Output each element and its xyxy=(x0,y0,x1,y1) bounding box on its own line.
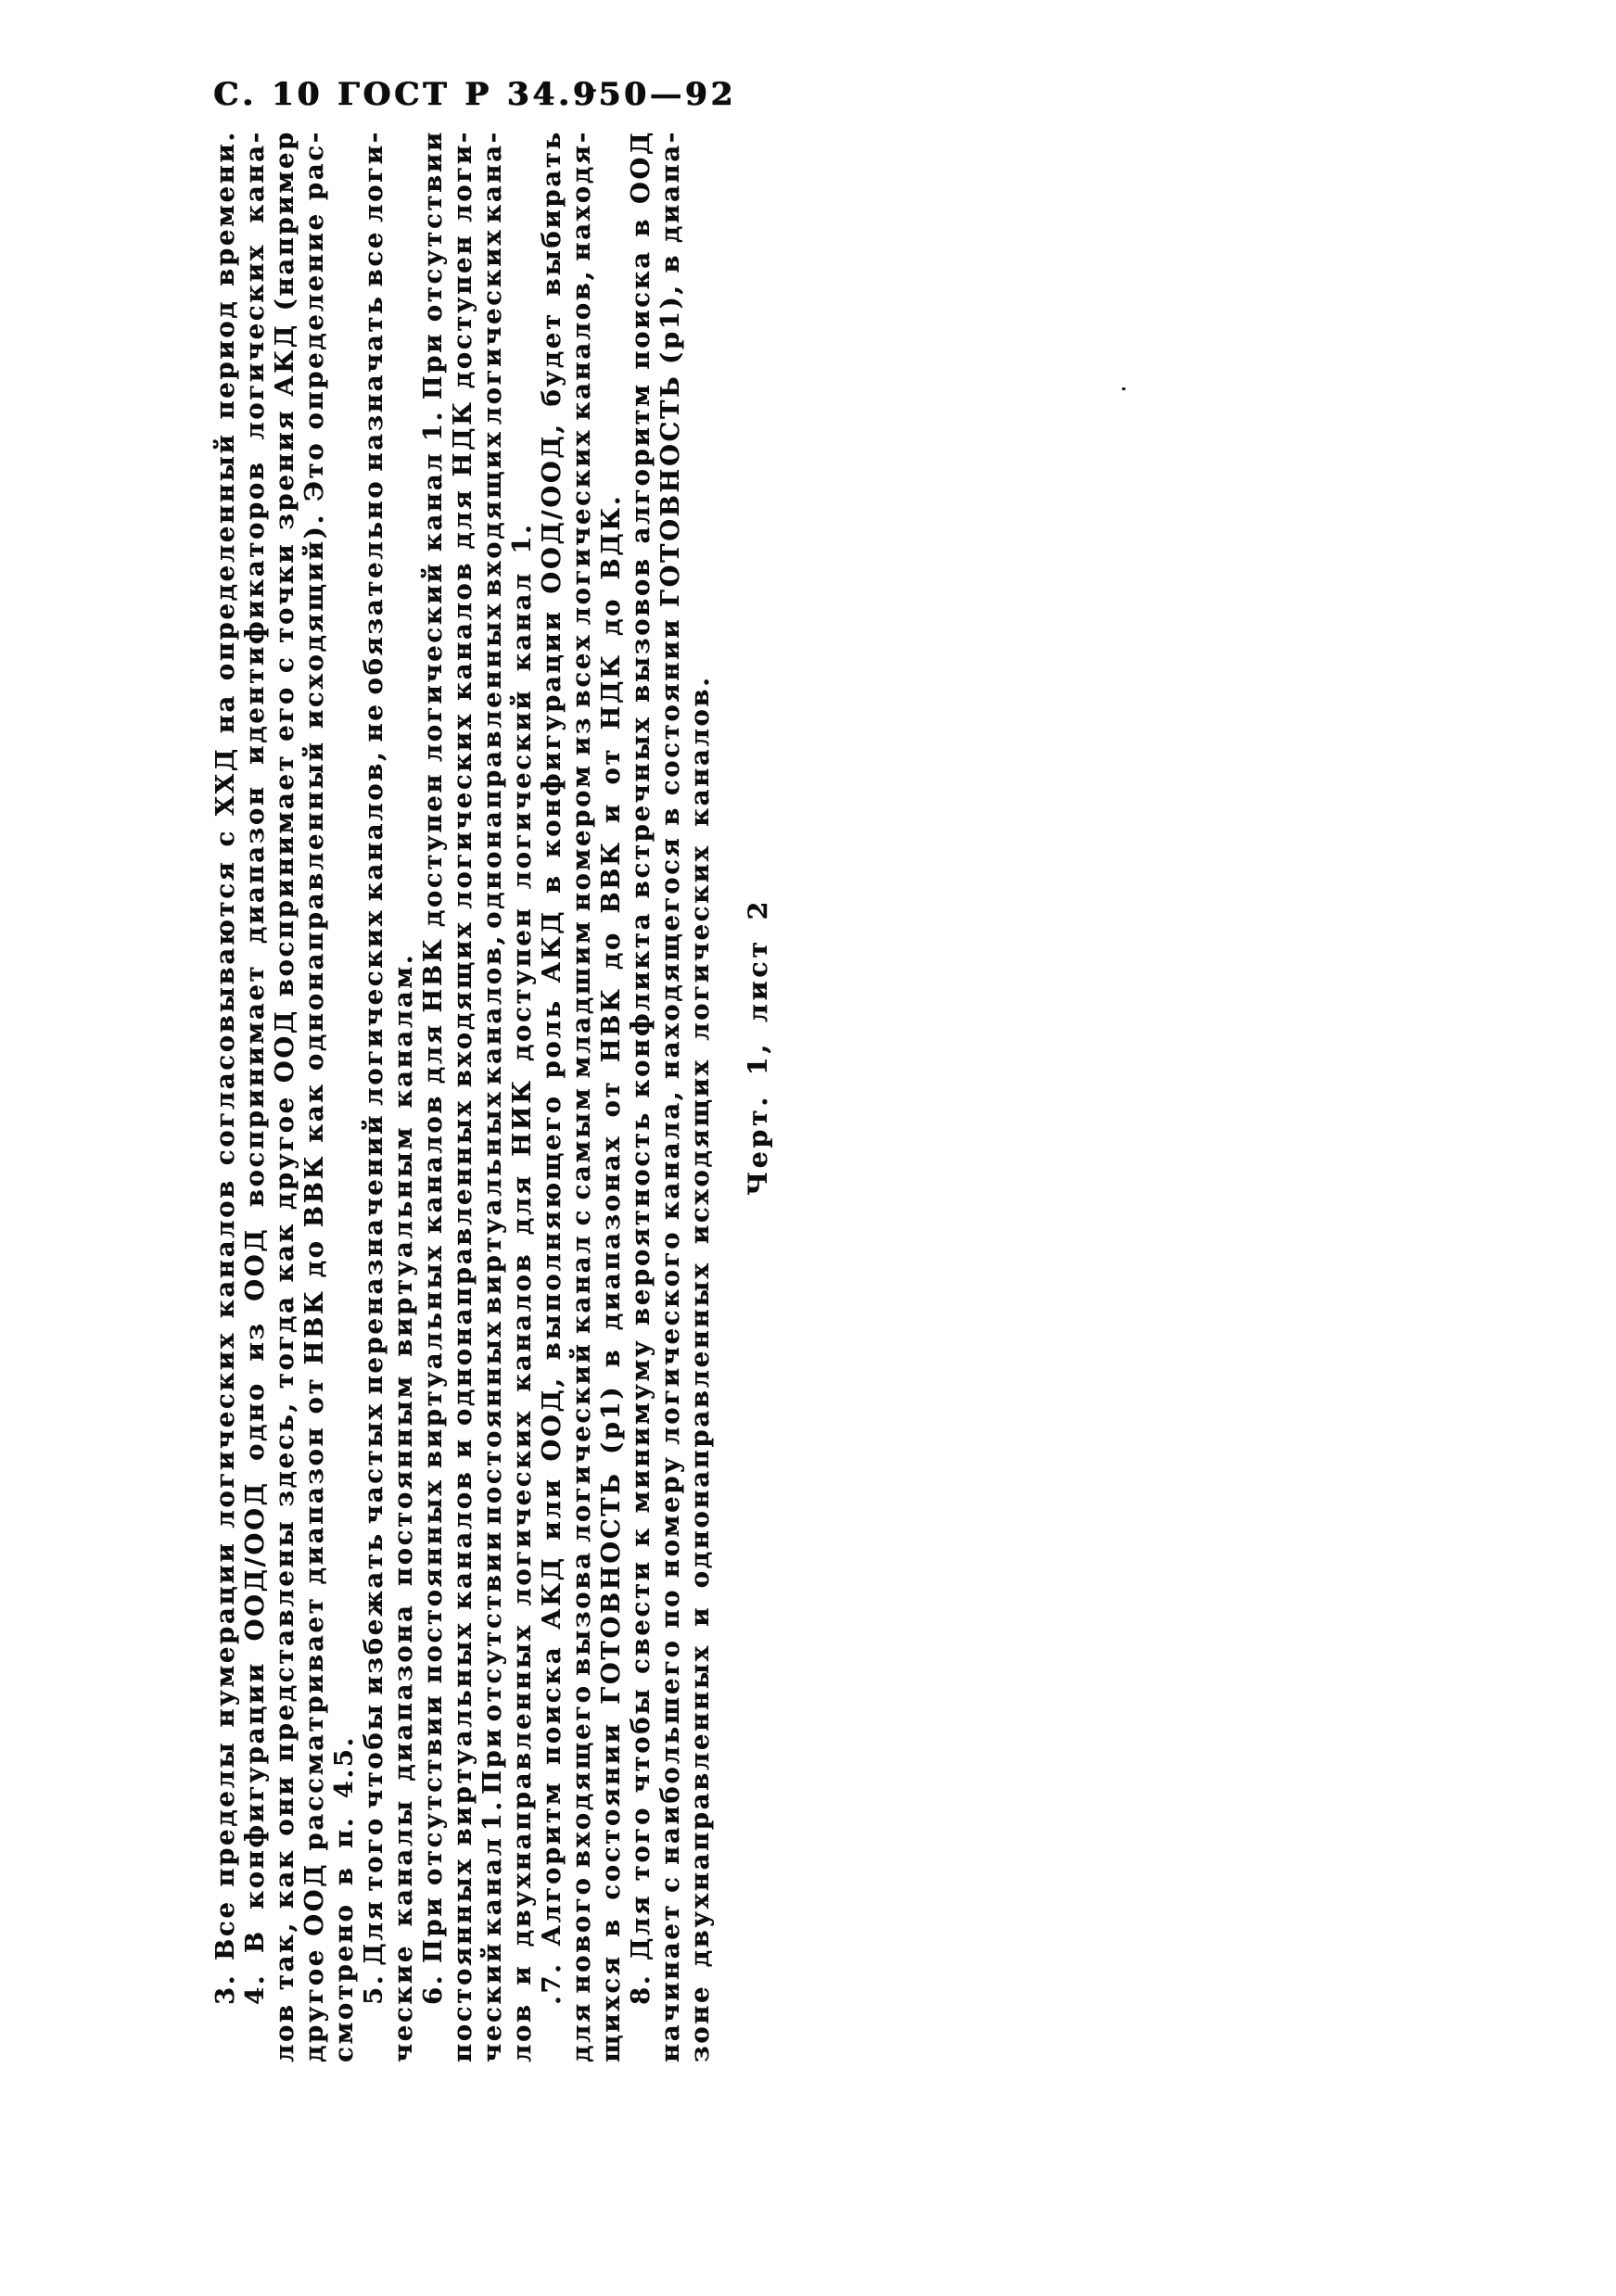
word: каналов xyxy=(419,1094,449,1234)
word: к xyxy=(627,1526,656,1547)
word: алгоритм xyxy=(627,382,656,543)
word: ООД xyxy=(300,1862,330,1936)
word: от xyxy=(300,1376,330,1414)
scan-speck xyxy=(1122,387,1126,390)
word: лов xyxy=(271,2002,300,2062)
word: поиска xyxy=(627,249,656,369)
word: 1. xyxy=(478,1799,508,1831)
word: выбирать xyxy=(538,130,567,296)
word: самым xyxy=(567,1086,597,1200)
word: рас- xyxy=(300,130,330,200)
word: виртуальных xyxy=(478,1090,508,1314)
word: канал xyxy=(478,1836,508,1936)
word: согласовываются xyxy=(211,859,241,1165)
word: 4. xyxy=(241,1973,271,2005)
word: из xyxy=(567,716,597,755)
text-line: дляновоговходящеговызовалогическийканалс… xyxy=(567,130,597,2062)
word: отсутствии xyxy=(419,130,449,322)
word: ООД, xyxy=(538,1376,567,1461)
word: они xyxy=(271,1774,300,1836)
rotated-text-block: 3.Всепределынумерациилогическихканаловсо… xyxy=(211,130,823,2062)
text-line: начинаетснаибольшегопономерулогическогок… xyxy=(656,130,686,2062)
text-line: другоеООДрассматриваетдиапазонотНВКдоВВК… xyxy=(300,130,330,2062)
word: как xyxy=(271,1848,300,1909)
word: АКД xyxy=(271,323,300,397)
word: кана- xyxy=(241,130,271,222)
word: того xyxy=(627,1806,656,1881)
word: доступен xyxy=(449,234,478,388)
word: начинает xyxy=(656,1903,686,2062)
word: в xyxy=(538,873,567,894)
word: канала, xyxy=(656,1089,686,1220)
word: вызовов xyxy=(627,556,656,703)
word: кана- xyxy=(478,130,508,222)
word: вероятность xyxy=(627,1110,656,1326)
word: будет xyxy=(538,311,567,406)
figure-caption: Черт. 1, лист 2 xyxy=(744,130,773,1196)
word: поиска xyxy=(538,1645,567,1765)
word: логических xyxy=(211,1331,241,1529)
word: в xyxy=(656,253,686,273)
word: Для xyxy=(627,1894,656,1960)
word: до xyxy=(300,1238,330,1277)
word: младшим xyxy=(567,920,597,1078)
word: каналов xyxy=(211,1178,241,1318)
word: ХХД xyxy=(211,746,241,816)
word: АКД xyxy=(538,1555,567,1630)
word: нумерации xyxy=(211,1541,241,1728)
word: вызова xyxy=(567,1551,597,1676)
word: другое xyxy=(300,1947,330,2062)
word: или xyxy=(538,1477,567,1540)
word: канал xyxy=(567,1234,597,1334)
word: нового xyxy=(567,1875,597,1993)
word: как xyxy=(300,1082,330,1143)
word: виртуальных xyxy=(449,1621,478,1846)
word: с xyxy=(271,655,300,673)
word: При xyxy=(419,332,449,400)
word: однонаправленных xyxy=(449,1098,478,1426)
word: диапа- xyxy=(656,130,686,243)
word: и xyxy=(449,1437,478,1458)
page-header: С. 10 ГОСТ Р 34.950—92 xyxy=(213,76,736,113)
word: входящих xyxy=(478,430,508,597)
word: все xyxy=(360,230,389,286)
word: зрения xyxy=(271,409,300,530)
word: с xyxy=(656,1875,686,1893)
word: канал xyxy=(419,451,449,552)
word: другое xyxy=(271,1095,300,1210)
word: частых xyxy=(360,1402,389,1525)
word: Все xyxy=(211,1899,241,1960)
word: АКД xyxy=(538,909,567,983)
word: назначать xyxy=(360,295,389,472)
text-line: 4.ВконфигурацииООД/ООДодноизООДвосприним… xyxy=(241,130,271,2062)
word: Алгоритм xyxy=(538,1781,567,1947)
word: находящегося xyxy=(656,836,686,1080)
word: В xyxy=(241,1929,271,1953)
word: номеру xyxy=(656,1455,686,1579)
text-line: 3.Всепределынумерациилогическихканаловсо… xyxy=(211,130,241,2062)
word: логических xyxy=(478,228,508,425)
text-line: зоне двухнаправленных и однонаправленных… xyxy=(686,130,716,2062)
word: времени. xyxy=(211,130,241,286)
word: При xyxy=(419,1896,449,1963)
word: каналов xyxy=(449,1470,478,1610)
word: избежать xyxy=(360,1531,389,1694)
word: постоянных xyxy=(449,1857,478,2062)
text-line: щихся в состоянии ГОТОВНОСТЬ (р1) в диап… xyxy=(597,130,627,2062)
word: НВК xyxy=(300,1289,330,1365)
word: ООД/ООД xyxy=(241,1481,271,1642)
word: всех xyxy=(567,633,597,707)
word: как xyxy=(271,1222,300,1283)
word: .7. xyxy=(538,1961,567,2005)
word: роль xyxy=(538,998,567,1078)
word: логический xyxy=(567,1342,597,1543)
word: ГОТОВНОСТЬ xyxy=(656,374,686,607)
word: ООД/ООД, xyxy=(538,422,567,593)
word: наибольшего xyxy=(656,1638,686,1864)
word: 5. xyxy=(360,1973,389,2005)
word: конфигурации xyxy=(538,610,567,858)
word: здесь, xyxy=(271,1401,300,1507)
word: ООД xyxy=(271,1008,300,1083)
word: 3. xyxy=(211,1973,241,2005)
word: конфликта xyxy=(627,911,656,1097)
word: ческий xyxy=(478,1941,508,2062)
text-line: 6.Приотсутствиипостоянныхвиртуальныхкана… xyxy=(419,130,449,2062)
word: обязательно xyxy=(360,479,389,695)
word: так, xyxy=(271,1921,300,1990)
word: однонаправленных xyxy=(478,602,508,929)
word: НДК xyxy=(449,400,478,476)
word: 1. xyxy=(419,410,449,441)
word: не xyxy=(360,703,389,742)
word: его xyxy=(271,685,300,742)
word: Это xyxy=(300,441,330,501)
word: переназначений xyxy=(360,1113,389,1395)
word: чтобы xyxy=(627,1687,656,1794)
word: отсутствии xyxy=(419,1693,449,1885)
word: с xyxy=(567,1208,597,1225)
word: логи- xyxy=(360,130,389,222)
word: 6. xyxy=(419,1973,449,2005)
word: логический xyxy=(419,562,449,763)
word: пределы xyxy=(211,1741,241,1887)
word: отсутствии xyxy=(478,1529,508,1721)
word: входящих xyxy=(449,920,478,1087)
word: воспринимает xyxy=(241,964,271,1208)
word: выполняющего xyxy=(538,1094,567,1360)
word: тогда xyxy=(271,1294,300,1389)
word: (р1), xyxy=(656,283,686,364)
word: виртуальных xyxy=(419,1244,449,1468)
word: для xyxy=(567,2001,597,2062)
word: в xyxy=(627,217,656,237)
word: каналов xyxy=(449,561,478,701)
word: постоянных xyxy=(478,1319,508,1525)
word: конфигурации xyxy=(241,1661,271,1909)
word: состоянии xyxy=(656,617,686,795)
word: одно xyxy=(241,1381,271,1461)
word: ООД xyxy=(627,130,656,204)
word: логического xyxy=(656,1230,686,1445)
word: логи- xyxy=(449,130,478,222)
text-line: ловтак,каконипредставленыздесь,тогдакакд… xyxy=(271,130,300,2062)
word: Для xyxy=(360,1899,389,1966)
word: входящего xyxy=(567,1683,597,1868)
word: определенный xyxy=(211,432,241,680)
word: точки xyxy=(271,542,300,643)
word: каналов, xyxy=(360,750,389,901)
word: ООД xyxy=(241,1227,271,1301)
word: исходящий). xyxy=(300,513,330,729)
word: логических xyxy=(360,908,389,1106)
word: чтобы xyxy=(360,1703,389,1809)
word: номером xyxy=(567,764,597,912)
scan-speck xyxy=(593,89,596,92)
word: идентификаторов xyxy=(241,460,271,764)
word: диапазон xyxy=(300,1426,330,1585)
word: минимуму xyxy=(627,1338,656,1514)
word: НВК xyxy=(419,937,449,1013)
text-line: .7.АлгоритмпоискаАКДилиООД,выполняющегор… xyxy=(538,130,567,2062)
word: воспринимает xyxy=(271,754,300,997)
word: ВВК xyxy=(300,1154,330,1227)
word: 8. xyxy=(627,1973,656,2005)
word: из xyxy=(241,1321,271,1361)
scanned-document-page: С. 10 ГОСТ Р 34.950—92 3.Всепределынумер… xyxy=(0,0,1616,2296)
word: рассматривает xyxy=(300,1596,330,1851)
word: для xyxy=(419,1022,449,1084)
word: диапазон xyxy=(241,784,271,944)
text-line: 5.Длятогочтобыизбежатьчастыхпереназначен… xyxy=(360,130,389,2062)
text-line: 8.Длятогочтобысвестикминимумувероятность… xyxy=(627,130,656,2062)
text-line: ческие каналы диапазона постоянным вирту… xyxy=(389,130,419,2062)
word: встречных xyxy=(627,716,656,899)
word: того xyxy=(360,1816,389,1891)
word: доступен xyxy=(419,772,449,927)
text-line: постоянныхвиртуальныхканаловиоднонаправл… xyxy=(449,130,478,2062)
word: в xyxy=(656,806,686,826)
word: (например xyxy=(271,130,300,311)
word: определение xyxy=(300,211,330,429)
word: постоянных xyxy=(419,1478,449,1684)
word: свести xyxy=(627,1559,656,1674)
word: представлены xyxy=(271,1519,300,1762)
word: на xyxy=(211,693,241,733)
text-line: ческийканал1.Приотсутствиипостоянныхвирт… xyxy=(478,130,508,2062)
word: каналов, xyxy=(478,933,508,1085)
word: с xyxy=(211,829,241,846)
word: период xyxy=(211,299,241,420)
word: по xyxy=(656,1588,686,1629)
word: логических xyxy=(567,428,597,626)
text-line: лов и двухнаправленных логических канало… xyxy=(508,130,538,2062)
word: для xyxy=(449,488,478,550)
word: логических xyxy=(241,243,271,440)
word: находя- xyxy=(567,130,597,261)
word: однонаправленный xyxy=(300,740,330,1071)
text-line: смотрено в п. 4.5. xyxy=(330,130,360,2062)
word: каналов, xyxy=(567,269,597,420)
word: При xyxy=(478,1727,508,1795)
word: логических xyxy=(449,712,478,909)
